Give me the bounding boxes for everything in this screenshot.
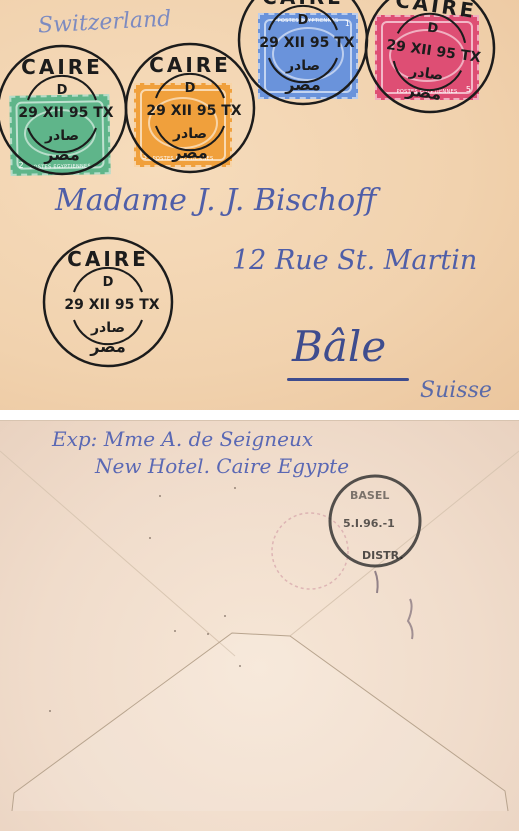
postmark-city: CAIRE bbox=[21, 55, 103, 79]
postmark-office: D bbox=[57, 83, 68, 98]
city-underline bbox=[287, 378, 409, 381]
arrival-postmark: BASEL 5.I.96.-1 DISTR. bbox=[330, 476, 420, 566]
postmark-arabic-city: مصر bbox=[171, 143, 208, 162]
postmark-office: D bbox=[185, 81, 196, 96]
postmark-arabic-city: مصر bbox=[404, 80, 443, 104]
postmark-distr: DISTR. bbox=[362, 549, 404, 562]
postmark-city: BASEL bbox=[350, 489, 389, 502]
postmark-date: 29 XII 95 TX bbox=[259, 35, 354, 51]
address-line-2: 12 Rue St. Martin bbox=[232, 245, 477, 276]
postmark-city: CAIRE bbox=[262, 0, 344, 9]
departure-postmark: CAIRED29 XII 95 TXصادرمصر bbox=[126, 44, 254, 172]
departure-postmark: CAIRED29 XII 95 TXصادرمصر bbox=[0, 46, 126, 174]
address-city: Bâle bbox=[292, 322, 386, 371]
postmark-office: D bbox=[298, 13, 309, 28]
departure-postmark: CAIRED29 XII 95 TXصادرمصر bbox=[358, 0, 503, 120]
postmark-date: 29 XII 95 TX bbox=[385, 37, 482, 66]
address-line-1: Madame J. J. Bischoff bbox=[55, 183, 376, 218]
postmark-arabic-city: مصر bbox=[43, 145, 80, 164]
postmark-date: 29 XII 95 TX bbox=[64, 297, 159, 313]
postmark-office: D bbox=[426, 21, 439, 37]
envelope-back: BASEL 5.I.96.-1 DISTR. Exp: Mme A. de Se… bbox=[0, 420, 519, 831]
postmark-arabic-city: مصر bbox=[89, 337, 126, 356]
envelope-flaps: BASEL 5.I.96.-1 DISTR. bbox=[0, 421, 519, 831]
postmark-date: 29 XII 95 TX bbox=[18, 105, 113, 121]
postmark-arabic: صادر bbox=[90, 320, 125, 336]
postmark-date: 29 XII 95 TX bbox=[146, 103, 241, 119]
postmark-office: D bbox=[103, 275, 114, 290]
sender-line-2: New Hotel. Caire Egypte bbox=[95, 454, 349, 478]
postmark-arabic: صادر bbox=[285, 58, 320, 74]
address-country: Suisse bbox=[420, 378, 492, 403]
postmark-date: 5.I.96.-1 bbox=[343, 517, 395, 530]
envelope-front: Switzerland 2 POSTES EGYPTIENNES 3 POSTE… bbox=[0, 0, 519, 410]
postmark-city: CAIRE bbox=[67, 247, 149, 271]
postmark-city: CAIRE bbox=[149, 53, 231, 77]
postmark-arabic: صادر bbox=[172, 126, 207, 142]
sender-line-1: Exp: Mme A. de Seigneux bbox=[52, 427, 313, 451]
postmark-arabic-city: مصر bbox=[284, 75, 321, 94]
postmark-arabic: صادر bbox=[44, 128, 79, 144]
departure-postmark: CAIRED29 XII 95 TXصادرمصر bbox=[44, 238, 172, 366]
postmark-city: CAIRE bbox=[394, 0, 478, 23]
departure-postmark: CAIRED29 XII 95 TXصادرمصر bbox=[239, 0, 367, 104]
